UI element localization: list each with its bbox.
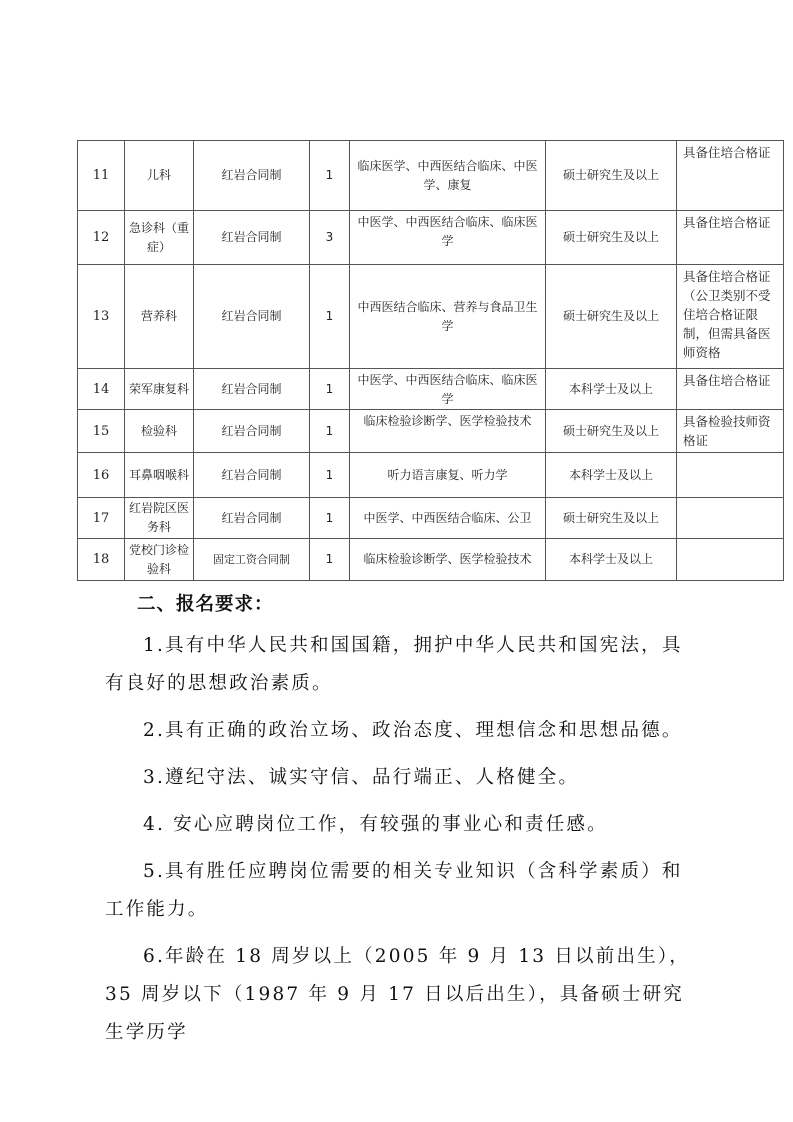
dept-cell: 红岩院区医务科 [125, 498, 194, 539]
major-cell: 临床医学、中西医结合临床、中医学、康复 [350, 141, 546, 211]
requirement-cell [677, 498, 784, 539]
requirement-item-4: 4. 安心应聘岗位工作，有较强的事业心和责任感。 [105, 806, 690, 844]
dept-cell: 儿科 [125, 141, 194, 211]
requirement-cell: 具备住培合格证 [677, 369, 784, 410]
count-cell: 1 [310, 369, 350, 410]
seq-cell: 15 [78, 410, 125, 453]
major-cell: 临床检验诊断学、医学检验技术 [350, 539, 546, 581]
degree-cell: 硕士研究生及以上 [546, 211, 677, 265]
seq-cell: 13 [78, 265, 125, 369]
seq-cell: 18 [78, 539, 125, 581]
seq-cell: 17 [78, 498, 125, 539]
table-row: 13 营养科 红岩合同制 1 中西医结合临床、营养与食品卫生学 硕士研究生及以上… [78, 265, 784, 369]
degree-cell: 硕士研究生及以上 [546, 141, 677, 211]
dept-cell: 荣军康复科 [125, 369, 194, 410]
table-row: 15 检验科 红岩合同制 1 临床检验诊断学、医学检验技术 硕士研究生及以上 具… [78, 410, 784, 453]
contract-cell: 红岩合同制 [194, 211, 310, 265]
contract-cell: 红岩合同制 [194, 141, 310, 211]
table-row: 11 儿科 红岩合同制 1 临床医学、中西医结合临床、中医学、康复 硕士研究生及… [78, 141, 784, 211]
requirement-cell: 具备住培合格证 [677, 141, 784, 211]
requirement-cell: 具备住培合格证（公卫类别不受住培合格证限制，但需具备医师资格 [677, 265, 784, 369]
seq-cell: 14 [78, 369, 125, 410]
table-row: 16 耳鼻咽喉科 红岩合同制 1 听力语言康复、听力学 本科学士及以上 [78, 453, 784, 498]
requirement-cell [677, 453, 784, 498]
requirement-item-5: 5.具有胜任应聘岗位需要的相关专业知识（含科学素质）和工作能力。 [105, 853, 690, 929]
seq-cell: 12 [78, 211, 125, 265]
count-cell: 1 [310, 498, 350, 539]
dept-cell: 检验科 [125, 410, 194, 453]
degree-cell: 硕士研究生及以上 [546, 410, 677, 453]
count-cell: 1 [310, 410, 350, 453]
dept-cell: 急诊科（重症） [125, 211, 194, 265]
contract-cell: 红岩合同制 [194, 453, 310, 498]
dept-cell: 营养科 [125, 265, 194, 369]
requirement-cell [677, 539, 784, 581]
count-cell: 3 [310, 211, 350, 265]
dept-cell: 党校门诊检验科 [125, 539, 194, 581]
contract-cell: 固定工资合同制 [194, 539, 310, 581]
contract-cell: 红岩合同制 [194, 265, 310, 369]
table-row: 18 党校门诊检验科 固定工资合同制 1 临床检验诊断学、医学检验技术 本科学士… [78, 539, 784, 581]
count-cell: 1 [310, 265, 350, 369]
requirement-item-2: 2.具有正确的政治立场、政治态度、理想信念和思想品德。 [105, 712, 690, 750]
major-cell: 临床检验诊断学、医学检验技术 [350, 410, 546, 453]
degree-cell: 本科学士及以上 [546, 539, 677, 581]
table-row: 17 红岩院区医务科 红岩合同制 1 中医学、中西医结合临床、公卫 硕士研究生及… [78, 498, 784, 539]
requirements-list: 1.具有中华人民共和国国籍，拥护中华人民共和国宪法，具有良好的思想政治素质。 2… [105, 627, 690, 1052]
degree-cell: 本科学士及以上 [546, 453, 677, 498]
count-cell: 1 [310, 141, 350, 211]
major-cell: 中医学、中西医结合临床、临床医学 [350, 211, 546, 265]
table-row: 14 荣军康复科 红岩合同制 1 中医学、中西医结合临床、临床医学 本科学士及以… [78, 369, 784, 410]
contract-cell: 红岩合同制 [194, 369, 310, 410]
requirement-cell: 具备检验技师资格证 [677, 410, 784, 453]
requirement-item-1: 1.具有中华人民共和国国籍，拥护中华人民共和国宪法，具有良好的思想政治素质。 [105, 627, 690, 703]
seq-cell: 11 [78, 141, 125, 211]
degree-cell: 硕士研究生及以上 [546, 498, 677, 539]
requirement-cell: 具备住培合格证 [677, 211, 784, 265]
major-cell: 中医学、中西医结合临床、公卫 [350, 498, 546, 539]
table-row: 12 急诊科（重症） 红岩合同制 3 中医学、中西医结合临床、临床医学 硕士研究… [78, 211, 784, 265]
contract-cell: 红岩合同制 [194, 410, 310, 453]
count-cell: 1 [310, 453, 350, 498]
document-page: 11 儿科 红岩合同制 1 临床医学、中西医结合临床、中医学、康复 硕士研究生及… [0, 0, 793, 1122]
major-cell: 中医学、中西医结合临床、临床医学 [350, 369, 546, 410]
requirement-item-3: 3.遵纪守法、诚实守信、品行端正、人格健全。 [105, 759, 690, 797]
major-cell: 听力语言康复、听力学 [350, 453, 546, 498]
section-title: 二、报名要求： [137, 590, 274, 616]
seq-cell: 16 [78, 453, 125, 498]
dept-cell: 耳鼻咽喉科 [125, 453, 194, 498]
major-cell: 中西医结合临床、营养与食品卫生学 [350, 265, 546, 369]
positions-table: 11 儿科 红岩合同制 1 临床医学、中西医结合临床、中医学、康复 硕士研究生及… [77, 140, 784, 581]
requirement-item-6: 6.年龄在 18 周岁以上（2005 年 9 月 13 日以前出生），35 周岁… [105, 938, 690, 1052]
degree-cell: 硕士研究生及以上 [546, 265, 677, 369]
count-cell: 1 [310, 539, 350, 581]
contract-cell: 红岩合同制 [194, 498, 310, 539]
degree-cell: 本科学士及以上 [546, 369, 677, 410]
